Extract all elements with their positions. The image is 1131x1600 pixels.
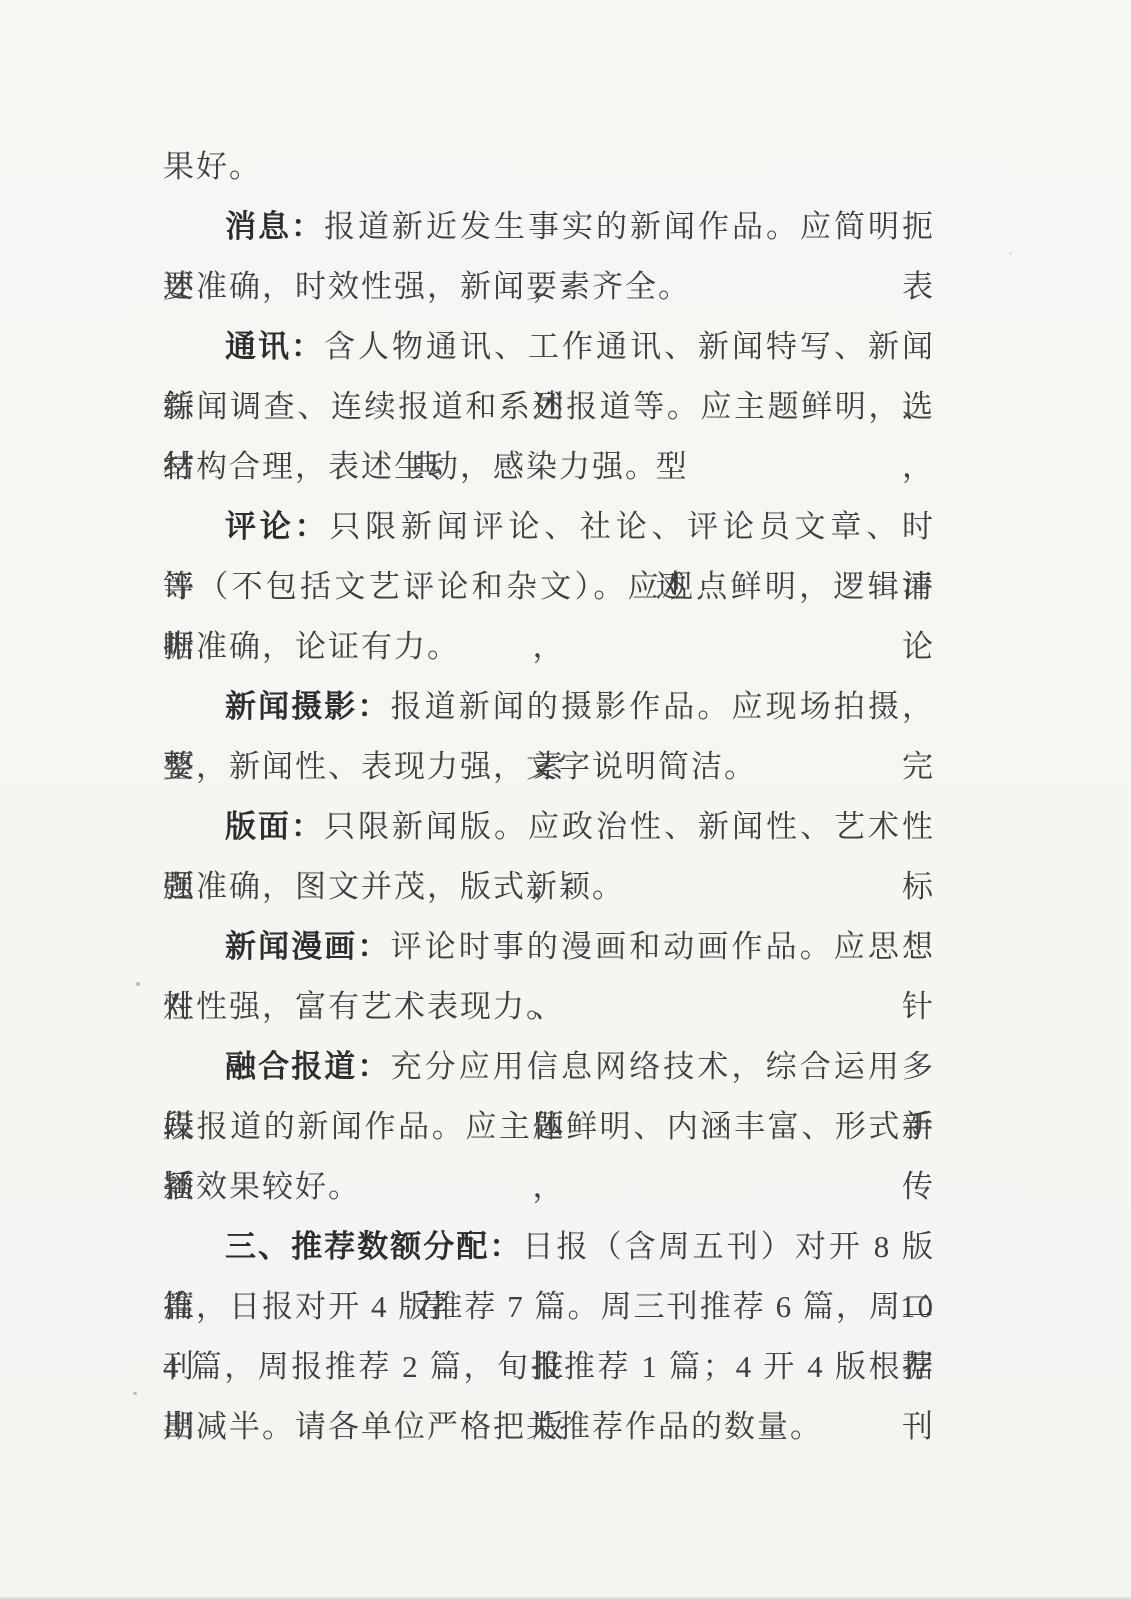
text-line: 4 篇，周报推荐 2 篇，旬报推荐 1 篇；4 开 4 版根据出版刊 [163, 1337, 935, 1397]
scan-edge [0, 1596, 1131, 1600]
document-body: 果好。消息：报道新近发生事实的新闻作品。应简明扼要，表述准确，时效性强，新闻要素… [163, 137, 935, 1457]
paragraph: 通讯：含人物通讯、工作通讯、新闻特写、新闻综述、新闻调查、连续报道和系列报道等。… [163, 317, 935, 497]
paragraph-label: 评论： [225, 509, 329, 544]
text-line: 期减半。请各单位严格把关推荐作品的数量。 [163, 1397, 935, 1457]
paragraph: 新闻摄影：报道新闻的摄影作品。应现场拍摄，要素完整，新闻性、表现力强，文字说明简… [163, 677, 935, 797]
paragraph-label: 新闻摄影： [225, 689, 391, 724]
text-segment: 述准确，时效性强，新闻要素齐全。 [163, 269, 691, 304]
paragraph: 版面：只限新闻版。应政治性、新闻性、艺术性强，标题准确，图文并茂，版式新颖。 [163, 797, 935, 917]
text-line: 融合报道：充分应用信息网络技术，综合运用多媒体手 [163, 1037, 935, 1097]
paragraph: 三、推荐数额分配：日报（含周五刊）对开 8 版推荐 10篇，日报对开 4 版推荐… [163, 1217, 935, 1457]
text-line: 消息：报道新近发生事实的新闻作品。应简明扼要，表 [163, 197, 935, 257]
text-line: 新闻调查、连续报道和系列报道等。应主题鲜明，选材典型， [163, 377, 935, 437]
text-segment: 据准确，论证有力。 [163, 629, 460, 664]
paragraph: 新闻漫画：评论时事的漫画和动画作品。应思想性、针对性强，富有艺术表现力。 [163, 917, 935, 1037]
text-line: 版面：只限新闻版。应政治性、新闻性、艺术性强，标 [163, 797, 935, 857]
paragraph: 融合报道：充分应用信息网络技术，综合运用多媒体手段报道的新闻作品。应主题鲜明、内… [163, 1037, 935, 1217]
paragraph-label: 消息： [225, 209, 324, 244]
text-segment: 期减半。请各单位严格把关推荐作品的数量。 [163, 1409, 823, 1444]
text-line: 果好。 [163, 137, 935, 197]
text-line: 通讯：含人物通讯、工作通讯、新闻特写、新闻综述、 [163, 317, 935, 377]
text-line: 评论：只限新闻评论、社论、评论员文章、时评、述评 [163, 497, 935, 557]
paragraph-label: 新闻漫画： [225, 929, 391, 964]
text-line: 新闻漫画：评论时事的漫画和动画作品。应思想性、针 [163, 917, 935, 977]
paragraph: 果好。 [163, 137, 935, 197]
text-segment: 整，新闻性、表现力强，文字说明简洁。 [163, 749, 757, 784]
text-line: 新闻摄影：报道新闻的摄影作品。应现场拍摄，要素完 [163, 677, 935, 737]
text-segment: 结构合理，表述生动，感染力强。 [163, 449, 658, 484]
scan-speck [133, 1392, 137, 1395]
text-segment: 播效果较好。 [163, 1169, 361, 1204]
text-segment: 对性强，富有艺术表现力。 [163, 989, 559, 1024]
text-line: 三、推荐数额分配：日报（含周五刊）对开 8 版推荐 10 [163, 1217, 935, 1277]
paragraph-label: 通讯： [225, 329, 324, 364]
text-segment: 果好。 [163, 149, 262, 184]
paragraph-label: 版面： [225, 809, 324, 844]
text-line: 等（不包括文艺评论和杂文）。应观点鲜明，逻辑清晰，论 [163, 557, 935, 617]
paragraph: 评论：只限新闻评论、社论、评论员文章、时评、述评等（不包括文艺评论和杂文）。应观… [163, 497, 935, 677]
text-line: 段报道的新闻作品。应主题鲜明、内涵丰富、形式新颖，传 [163, 1097, 935, 1157]
paragraph-label: 融合报道： [225, 1049, 391, 1084]
paragraph: 消息：报道新近发生事实的新闻作品。应简明扼要，表述准确，时效性强，新闻要素齐全。 [163, 197, 935, 317]
scan-speck [1009, 252, 1012, 255]
text-line: 篇，日报对开 4 版推荐 7 篇。周三刊推荐 6 篇，周二刊推荐 [163, 1277, 935, 1337]
paragraph-label: 三、推荐数额分配： [225, 1229, 522, 1264]
scanned-document-page: 果好。消息：报道新近发生事实的新闻作品。应简明扼要，表述准确，时效性强，新闻要素… [0, 0, 1131, 1600]
scan-speck [136, 982, 140, 986]
text-segment: 题准确，图文并茂，版式新颖。 [163, 869, 625, 904]
